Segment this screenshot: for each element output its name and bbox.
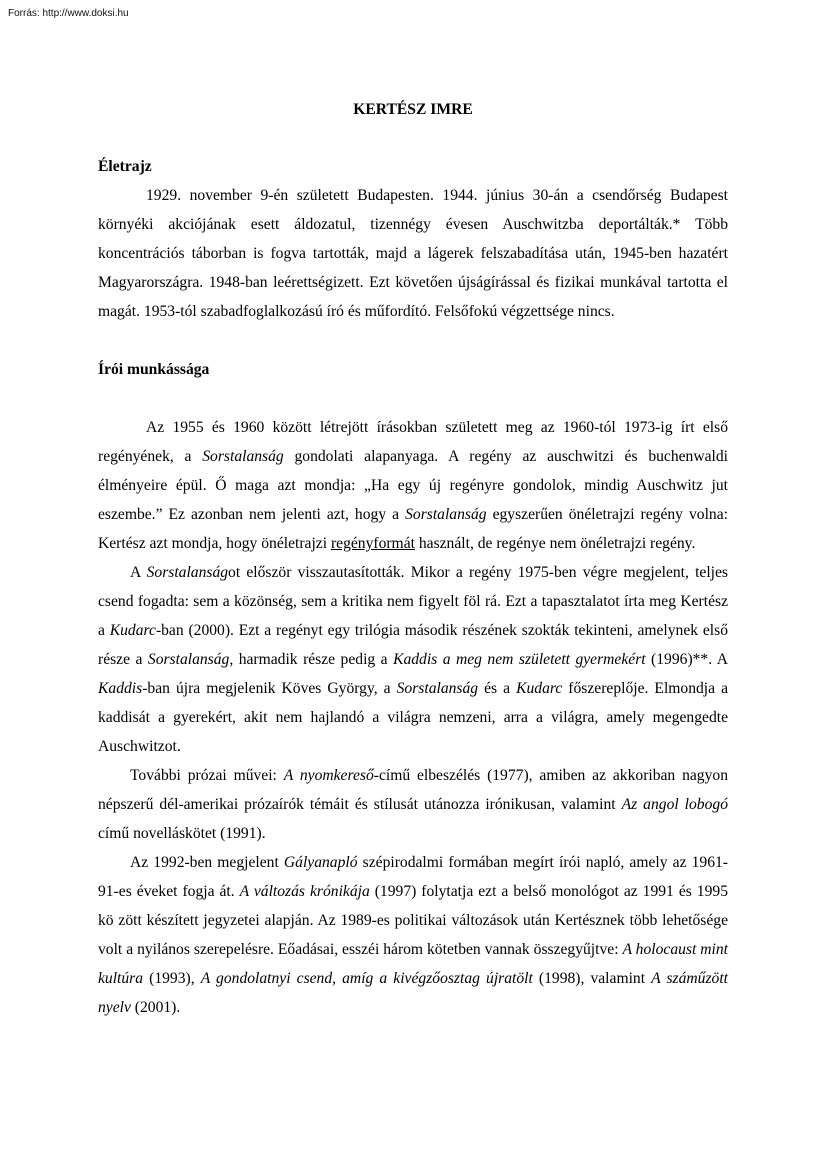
italic-title: Kaddis a meg nem született gyermekért bbox=[393, 651, 646, 668]
paragraph: További prózai művei: A nyomkereső-című … bbox=[98, 761, 728, 848]
text-run: További prózai művei: bbox=[130, 767, 284, 784]
italic-title: Kaddis bbox=[98, 680, 142, 697]
source-note: Forrás: http://www.doksi.hu bbox=[8, 8, 129, 19]
italic-title: A gondolatnyi csend, amíg a kivégzőoszta… bbox=[201, 970, 533, 987]
section-body-biography: 1929. november 9-én született Budapesten… bbox=[98, 181, 728, 326]
text-run: A bbox=[130, 564, 147, 581]
section-heading-biography: Életrajz bbox=[98, 152, 728, 181]
section-biography: Életrajz 1929. november 9-én született B… bbox=[98, 152, 728, 326]
underlined-text: regényformát bbox=[331, 535, 415, 552]
italic-title: Sorstalanság bbox=[405, 506, 486, 523]
section-heading-literary-work: Írói munkássága bbox=[98, 355, 728, 384]
paragraph: A Sorstalanságot először visszautasított… bbox=[98, 558, 728, 761]
italic-title: A nyomkereső bbox=[284, 767, 374, 784]
section-literary-work: Írói munkássága Az 1955 és 1960 között l… bbox=[98, 355, 728, 1022]
italic-title: Az angol lobogó bbox=[622, 796, 728, 813]
text-run: és a bbox=[478, 680, 516, 697]
document-page: KERTÉSZ IMRE Életrajz 1929. november 9-é… bbox=[98, 95, 728, 1022]
text-run: 1929. november 9-én született Budapesten… bbox=[98, 187, 728, 320]
page-title: KERTÉSZ IMRE bbox=[98, 95, 728, 124]
paragraph: Az 1955 és 1960 között létrejött írásokb… bbox=[98, 413, 728, 558]
italic-title: Sorstalanság bbox=[202, 448, 283, 465]
section-body-literary-work: Az 1955 és 1960 között létrejött írásokb… bbox=[98, 413, 728, 1022]
italic-title: Gályanapló bbox=[284, 854, 358, 871]
text-run: (2001). bbox=[131, 999, 180, 1016]
text-run: -ban újra megjelenik Köves György, a bbox=[142, 680, 396, 697]
italic-title: Kudarc bbox=[110, 622, 156, 639]
paragraph: 1929. november 9-én született Budapesten… bbox=[98, 181, 728, 326]
spacer bbox=[98, 326, 728, 355]
text-run: , harmadik része pedig a bbox=[229, 651, 393, 668]
text-run: (1996)**. A bbox=[646, 651, 728, 668]
italic-title: Sorstalanság bbox=[148, 651, 229, 668]
text-run: használt, de regénye nem önéletrajzi reg… bbox=[415, 535, 695, 552]
text-run: (1993), bbox=[143, 970, 201, 987]
italic-title: Kudarc bbox=[516, 680, 562, 697]
italic-title: A változás krónikája bbox=[240, 883, 370, 900]
text-run: (1998), valamint bbox=[533, 970, 651, 987]
italic-title: Sorstalanság bbox=[397, 680, 478, 697]
text-run: Az 1992-ben megjelent bbox=[130, 854, 284, 871]
text-run: című novelláskötet (1991). bbox=[98, 825, 266, 842]
italic-title: Sorstalanság bbox=[147, 564, 228, 581]
paragraph: Az 1992-ben megjelent Gályanapló szépiro… bbox=[98, 848, 728, 1022]
